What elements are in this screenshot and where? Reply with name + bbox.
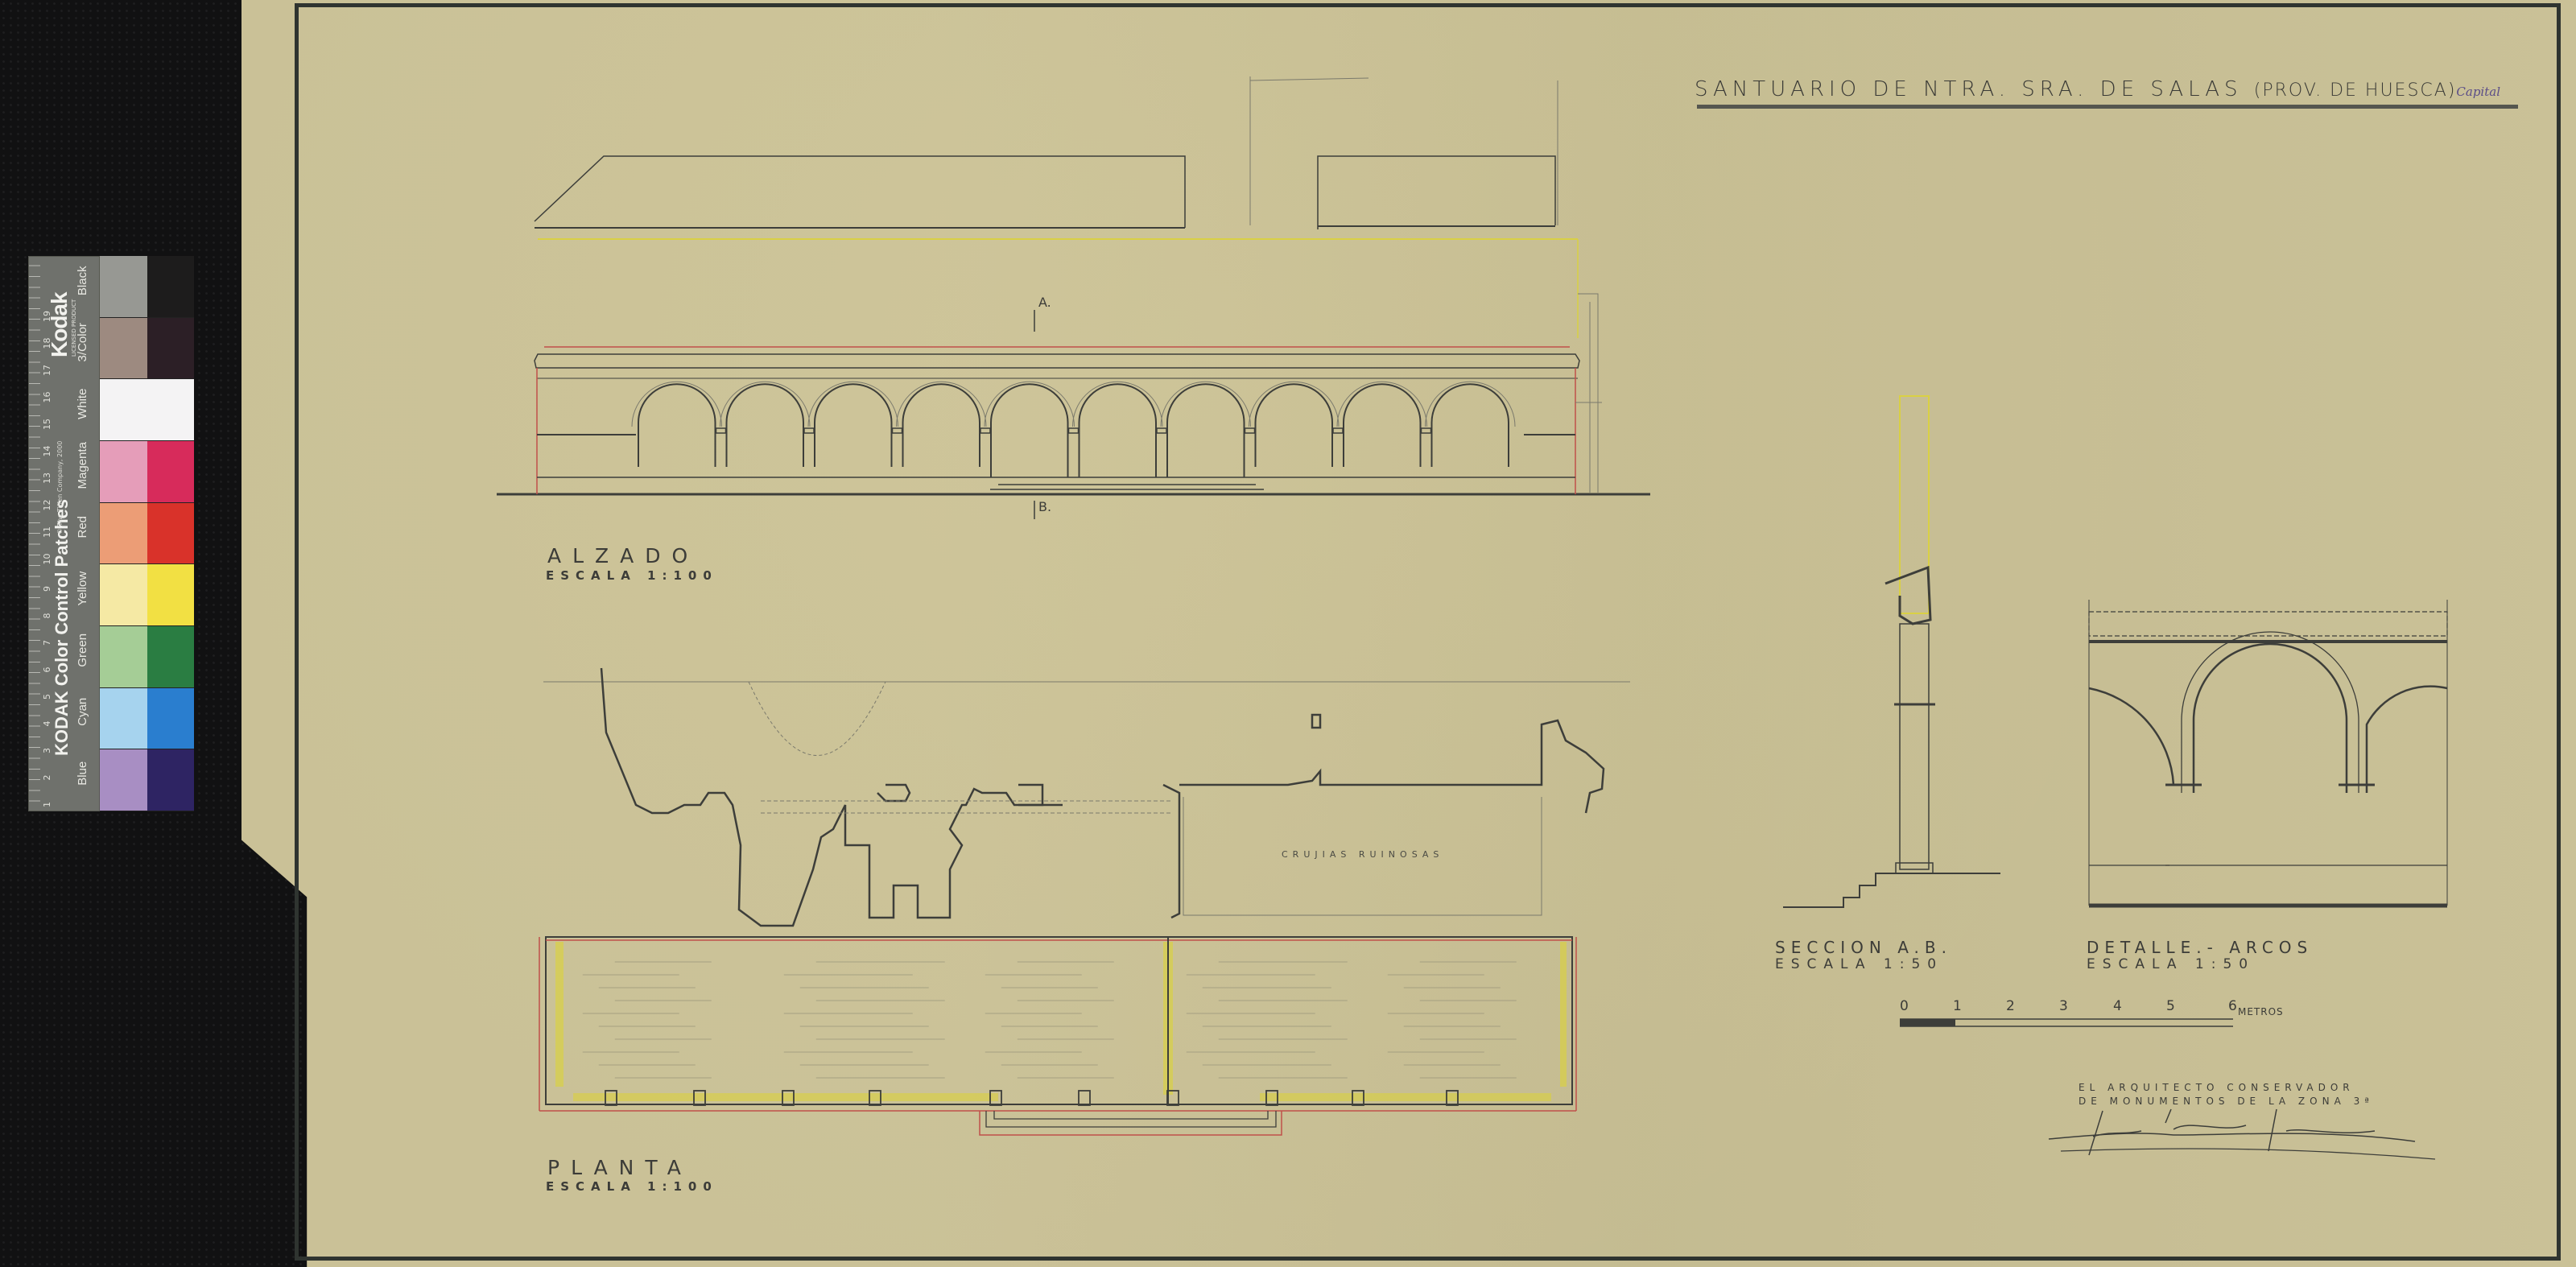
section-mark-a: A. [1038,295,1051,310]
plan-scale: ESCALA 1:100 [546,1179,718,1194]
elevation-facade [497,294,1650,519]
signature-line-2: DE MONUMENTOS DE LA ZONA 3ª [2079,1095,2374,1108]
scale-bar-graphic [1900,1019,2233,1026]
signature-line-1: EL ARQUITECTO CONSERVADOR [2079,1081,2374,1095]
scale-bar-numbers: 0 1 2 3 4 5 6 [1900,998,2238,1017]
section-ab-drawing [1783,396,2000,907]
elevation-label: ALZADO [547,544,699,567]
section-mark-b: B. [1038,499,1051,514]
signature-scrawl [2049,1109,2435,1159]
detail-scale: ESCALA 1:50 [2087,956,2255,972]
drawing-linework [0,0,2576,1267]
detail-arches-drawing [2089,600,2447,906]
section-label: SECCION A.B. [1775,938,1952,957]
plan-portico [539,937,1576,1135]
plan-annotation: CRUJIAS RUINOSAS [1282,849,1443,860]
section-scale: ESCALA 1:50 [1775,956,1943,972]
plan-ruined-wings [543,668,1630,926]
plan-label: PLANTA [547,1156,692,1179]
signature-block: EL ARQUITECTO CONSERVADOR DE MONUMENTOS … [2079,1081,2374,1108]
elevation-scale: ESCALA 1:100 [546,568,718,583]
elevation-roof-outline [535,76,1578,338]
detail-label: DETALLE.- ARCOS [2087,938,2313,957]
scale-bar-unit: METROS [2238,1006,2284,1017]
